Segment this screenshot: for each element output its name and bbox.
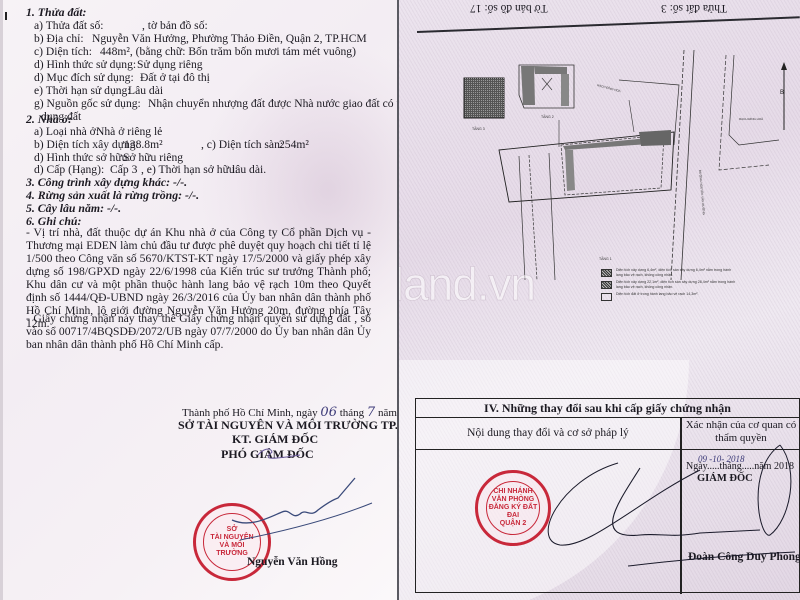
confirmation-signature: [0, 0, 800, 600]
